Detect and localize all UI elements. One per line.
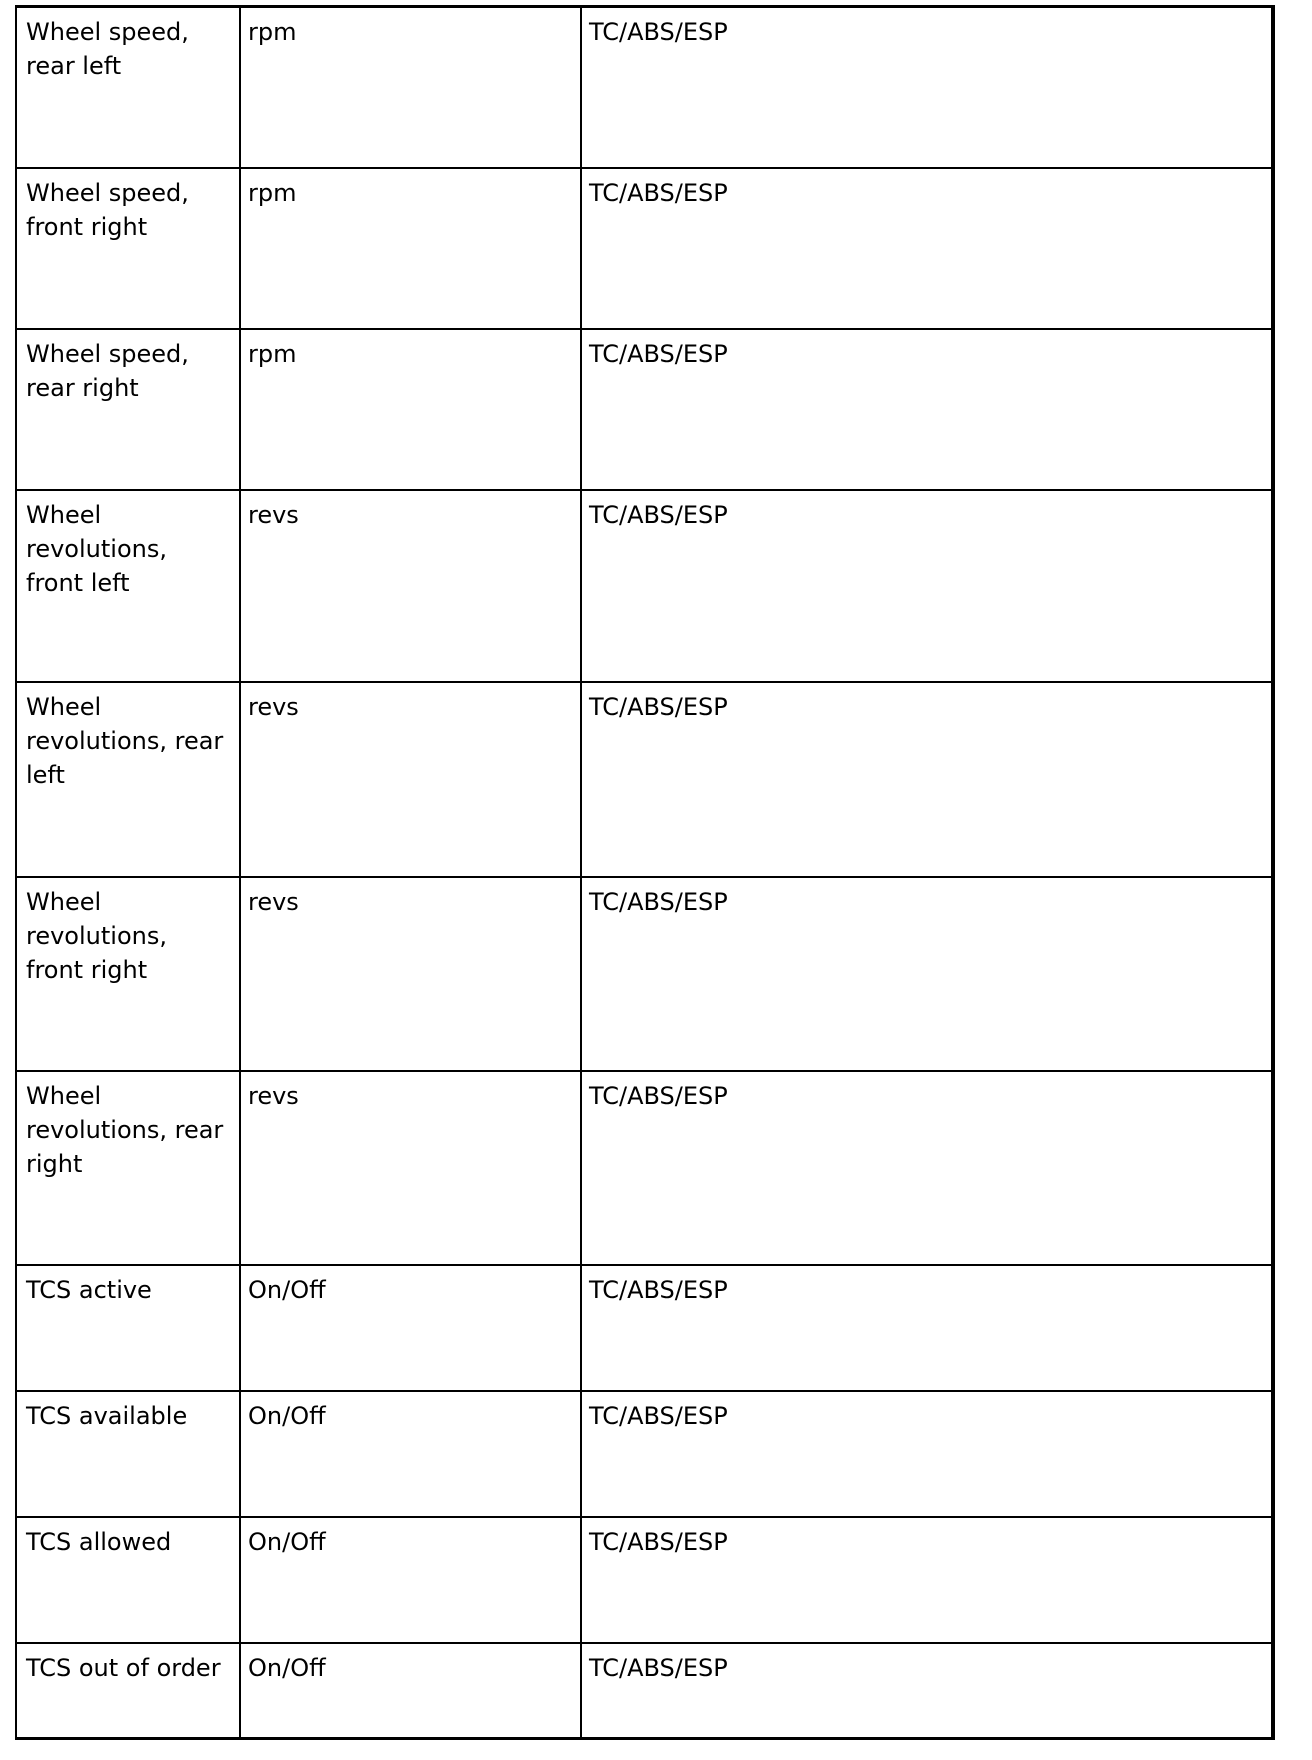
table-row: Wheel revolutions, front left revs TC/AB… bbox=[16, 490, 1273, 682]
table-row: TCS out of order On/Off TC/ABS/ESP bbox=[16, 1643, 1273, 1739]
source-cell: TC/ABS/ESP bbox=[581, 490, 1273, 682]
source-cell: TC/ABS/ESP bbox=[581, 7, 1273, 168]
source-cell: TC/ABS/ESP bbox=[581, 877, 1273, 1071]
signal-name-cell: Wheel speed, rear left bbox=[16, 7, 240, 168]
table-row: TCS active On/Off TC/ABS/ESP bbox=[16, 1265, 1273, 1391]
signal-table: Wheel speed, rear left rpm TC/ABS/ESP Wh… bbox=[15, 5, 1275, 1740]
signal-name-cell: Wheel revolutions, rear right bbox=[16, 1071, 240, 1265]
unit-cell: rpm bbox=[240, 7, 581, 168]
table-row: TCS allowed On/Off TC/ABS/ESP bbox=[16, 1517, 1273, 1643]
signal-name-cell: TCS allowed bbox=[16, 1517, 240, 1643]
signal-name-cell: TCS available bbox=[16, 1391, 240, 1517]
unit-cell: revs bbox=[240, 490, 581, 682]
signal-name-cell: TCS out of order bbox=[16, 1643, 240, 1739]
table-row: Wheel revolutions, front right revs TC/A… bbox=[16, 877, 1273, 1071]
source-cell: TC/ABS/ESP bbox=[581, 168, 1273, 329]
unit-cell: rpm bbox=[240, 329, 581, 490]
unit-cell: revs bbox=[240, 682, 581, 877]
unit-cell: revs bbox=[240, 1071, 581, 1265]
source-cell: TC/ABS/ESP bbox=[581, 329, 1273, 490]
signal-name-cell: Wheel revolutions, front left bbox=[16, 490, 240, 682]
unit-cell: On/Off bbox=[240, 1643, 581, 1739]
table-row: Wheel speed, rear left rpm TC/ABS/ESP bbox=[16, 7, 1273, 168]
source-cell: TC/ABS/ESP bbox=[581, 1643, 1273, 1739]
source-cell: TC/ABS/ESP bbox=[581, 1071, 1273, 1265]
source-cell: TC/ABS/ESP bbox=[581, 682, 1273, 877]
unit-cell: revs bbox=[240, 877, 581, 1071]
table-row: Wheel revolutions, rear right revs TC/AB… bbox=[16, 1071, 1273, 1265]
signal-name-cell: TCS active bbox=[16, 1265, 240, 1391]
unit-cell: On/Off bbox=[240, 1265, 581, 1391]
table-row: Wheel speed, front right rpm TC/ABS/ESP bbox=[16, 168, 1273, 329]
unit-cell: On/Off bbox=[240, 1391, 581, 1517]
source-cell: TC/ABS/ESP bbox=[581, 1265, 1273, 1391]
unit-cell: rpm bbox=[240, 168, 581, 329]
source-cell: TC/ABS/ESP bbox=[581, 1517, 1273, 1643]
signal-name-cell: Wheel revolutions, front right bbox=[16, 877, 240, 1071]
signal-name-cell: Wheel speed, rear right bbox=[16, 329, 240, 490]
table-row: Wheel revolutions, rear left revs TC/ABS… bbox=[16, 682, 1273, 877]
table-row: Wheel speed, rear right rpm TC/ABS/ESP bbox=[16, 329, 1273, 490]
table-row: TCS available On/Off TC/ABS/ESP bbox=[16, 1391, 1273, 1517]
unit-cell: On/Off bbox=[240, 1517, 581, 1643]
source-cell: TC/ABS/ESP bbox=[581, 1391, 1273, 1517]
signal-name-cell: Wheel revolutions, rear left bbox=[16, 682, 240, 877]
signal-name-cell: Wheel speed, front right bbox=[16, 168, 240, 329]
